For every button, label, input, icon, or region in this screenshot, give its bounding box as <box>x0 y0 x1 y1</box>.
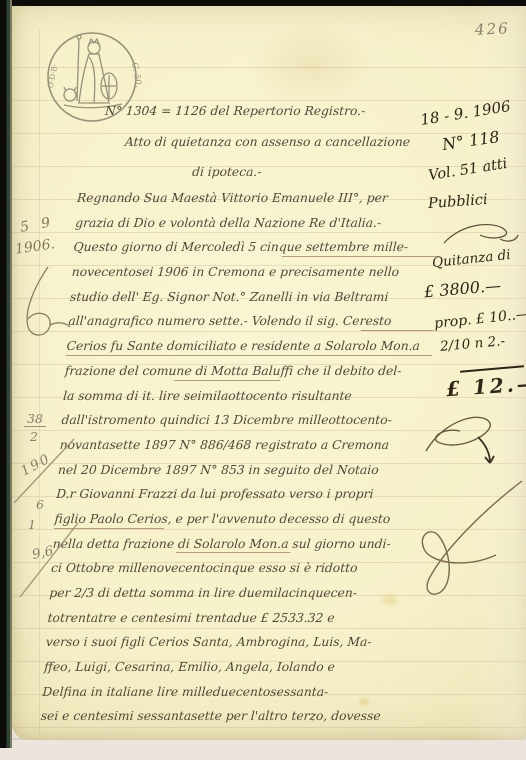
ink-underline <box>360 330 433 331</box>
handwritten-line: studio dell' Eg. Signor Not.° Zanelli in… <box>69 285 437 310</box>
pencil-strokes-icon <box>12 425 82 609</box>
handwritten-line: ci Ottobre millenovecentocinque esso si … <box>50 556 418 581</box>
handwritten-line: ffeo, Luigi, Cesarina, Emilio, Angela, I… <box>43 655 411 680</box>
margin-rule <box>39 29 40 735</box>
handwritten-line: nel 20 Dicembre 1897 N° 853 in seguito d… <box>57 458 425 483</box>
flourish-loop-icon <box>416 397 526 481</box>
handwritten-line: N° 1304 = 1126 del Repertorio Registro.- <box>82 96 450 127</box>
handwritten-line: frazione del comune di Motta Baluffi che… <box>64 359 432 384</box>
handwritten-line: grazia di Dio e volontà della Nazione Re… <box>74 211 442 236</box>
handwritten-line: verso i suoi figli Cerios Santa, Ambrogi… <box>45 630 413 655</box>
flourish-left-icon <box>14 263 74 347</box>
document-text: N° 1304 = 1126 del Repertorio Registro.-… <box>40 96 450 729</box>
handwritten-line: dall'istromento quindici 13 Dicembre mil… <box>61 408 429 433</box>
stamp-arc-text: ·O·D·B· <box>45 63 59 91</box>
stamp-denomination: C. 50. <box>129 62 142 88</box>
scan-background <box>0 738 526 760</box>
ink-underline <box>174 380 280 381</box>
handwritten-line: Delfina in italiane lire milleduecentose… <box>42 680 410 705</box>
ink-underline <box>177 552 291 553</box>
scan-edge-left <box>0 0 12 748</box>
handwritten-line: Cerios fu Sante domiciliato e residente … <box>66 334 434 359</box>
handwritten-line: sei e centesimi sessantasette per l'altr… <box>40 704 408 729</box>
handwritten-line: novecentosei 1906 in Cremona e precisame… <box>71 260 439 285</box>
handwritten-line: Regnando Sua Maestà Vittorio Emanuele II… <box>76 186 444 211</box>
handwritten-line: nella detta frazione di Solarolo Mon.a s… <box>52 532 420 557</box>
flourish-paraph-icon <box>410 473 526 607</box>
document-page: C. 50. ·O·D·B· 426 N° 1304 = 1126 del Re… <box>12 5 526 740</box>
handwritten-line: all'anagrafico numero sette.- Volendo il… <box>67 309 435 334</box>
handwritten-line: per 2/3 di detta somma in lire duemilaci… <box>48 581 416 606</box>
handwritten-line: totrentatre e centesimi trentadue £ 2533… <box>47 606 415 631</box>
handwritten-line: di ipoteca.- <box>78 158 446 186</box>
scan-edge-top <box>0 0 526 6</box>
handwritten-line: D.r Giovanni Frazzi da lui professato ve… <box>55 482 423 507</box>
page-number: 426 <box>475 19 511 39</box>
ink-underline <box>281 256 438 257</box>
ink-underline <box>66 355 432 356</box>
handwritten-line: Atto di quietanza con assenso a cancella… <box>80 127 448 158</box>
handwritten-line: figlio Paolo Cerios, e per l'avvenuto de… <box>54 507 422 532</box>
handwritten-line: novantasette 1897 N° 886/468 registrato … <box>59 433 427 458</box>
handwritten-line: la somma di it. lire seimilaottocento ri… <box>62 384 430 409</box>
handwritten-line: Questo giorno di Mercoledì 5 cinque sett… <box>73 235 441 260</box>
scanned-document: C. 50. ·O·D·B· 426 N° 1304 = 1126 del Re… <box>0 0 526 760</box>
